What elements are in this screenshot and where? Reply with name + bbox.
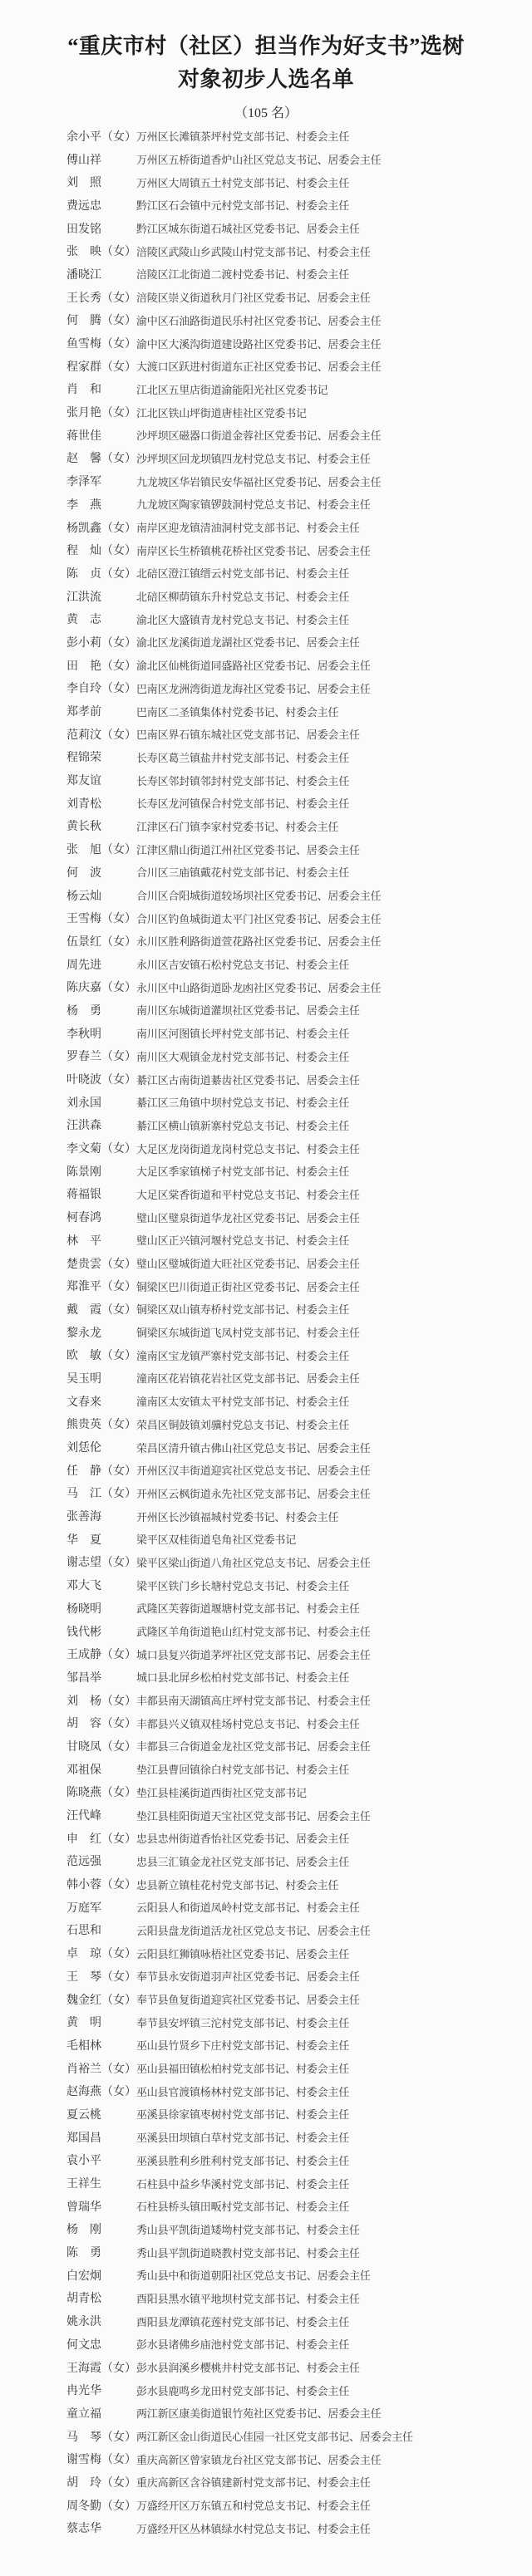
person-position: 秀山县中和街道朝阳社区党总支书记、居委会主任 — [136, 2267, 532, 2283]
person-position: 大足区龙岗街道龙岗村党总支书记、村委会主任 — [136, 1141, 532, 1156]
person-name: 王 琴（女） — [66, 1968, 136, 1985]
person-name: 魏金红（女） — [66, 1991, 136, 2008]
person-name: 汪洪森 — [66, 1116, 136, 1133]
person-position: 彭水县润溪乡樱桃井村党支部书记、村委会主任 — [136, 2359, 532, 2375]
person-name: 曾瑞华 — [66, 2198, 136, 2215]
person-name: 张月艳（女） — [66, 404, 136, 420]
list-item: 邹昌举 城口县北屏乡松柏村党支部书记、村委会主任 — [0, 1666, 532, 1689]
list-item: 刘青松 长寿区龙河镇保合村党支部书记、村委会主任 — [0, 792, 532, 815]
person-position: 长寿区葛兰镇盐井村党支部书记、村委会主任 — [136, 749, 532, 765]
person-position: 丰都县南天湖镇高庄坪村党支部书记、村委会主任 — [136, 1692, 532, 1708]
person-name: 黄长秋 — [66, 817, 136, 834]
person-name: 华 夏 — [66, 1531, 136, 1548]
person-name: 赵海燕（女） — [66, 2083, 136, 2099]
person-position: 万盛经开区万东镇五和村党总支书记、村委会主任 — [136, 2497, 532, 2513]
person-name: 汪代峰 — [66, 1807, 136, 1823]
list-item: 王长秀（女） 涪陵区崇义街道秋月门社区党委书记、居委会主任 — [0, 286, 532, 309]
document: “重庆市村（社区）担当作为好支书”选树 对象初步人选名单 （105 名） 余小平… — [0, 0, 532, 2539]
person-position: 綦江区三角镇中坝村党总支书记、村委会主任 — [136, 1094, 532, 1110]
person-name: 蒋世佳 — [66, 427, 136, 444]
list-item: 李自玲（女） 巴南区龙洲湾街道龙海社区党委书记、居委会主任 — [0, 677, 532, 700]
list-item: 蔡志华 万盛经开区丛林镇绿水村党总支书记、村委会主任 — [0, 2517, 532, 2540]
person-name: 张善海 — [66, 1508, 136, 1524]
list-item: 黄 志 渝北区大盛镇青龙村党总支书记、村委会主任 — [0, 607, 532, 631]
person-name: 蒋福银 — [66, 1185, 136, 1202]
person-name: 潘晓江 — [66, 266, 136, 282]
list-item: 华 夏 梁平区双桂街道皂角社区党委书记 — [0, 1528, 532, 1551]
person-position: 江津区鼎山街道江州社区党委书记、居委会主任 — [136, 841, 532, 857]
person-name: 李泽军 — [66, 473, 136, 489]
person-name: 马 琴（女） — [66, 2428, 136, 2445]
person-name: 陈庆嘉（女） — [66, 979, 136, 995]
list-item: 吴玉明 潼南区花岩镇花岩社区党支部书记、居委会主任 — [0, 1367, 532, 1390]
person-position: 垫江县桂溪街道西街社区党支部书记 — [136, 1784, 532, 1800]
person-position: 合川区三庙镇戴花村党支部书记、村委会主任 — [136, 864, 532, 880]
list-item: 柯春鸿 璧山区璧泉街道华龙社区党委书记、居委会主任 — [0, 1205, 532, 1229]
person-name: 万庭军 — [66, 1899, 136, 1916]
person-position: 巴南区龙洲湾街道龙海社区党委书记、居委会主任 — [136, 680, 532, 696]
list-item: 谢志望（女） 梁平区梁山街道八角社区党总支书记、居委会主任 — [0, 1551, 532, 1574]
person-name: 程 灿（女） — [66, 542, 136, 558]
list-item: 赵海燕（女） 巫山县官渡镇杨林村党支部书记、村委会主任 — [0, 2079, 532, 2103]
person-position: 长寿区龙河镇保合村党支部书记、村委会主任 — [136, 795, 532, 811]
person-name: 刘恁伦 — [66, 1439, 136, 1455]
list-item: 肖裕兰（女） 巫山县福田镇松柏村党支部书记、村委会主任 — [0, 2057, 532, 2080]
list-item: 魏金红（女） 奉节县鱼复街道迎宾社区党委书记、居委会主任 — [0, 1988, 532, 2011]
person-name: 毛相林 — [66, 2037, 136, 2053]
person-position: 北碚区柳荫镇东升村党总支书记、村委会主任 — [136, 588, 532, 604]
list-item: 范远强 忠县三汇镇金龙社区党支部书记、居委会主任 — [0, 1850, 532, 1873]
list-item: 杨凯鑫（女） 南岸区迎龙镇清油洞村党支部书记、村委会主任 — [0, 516, 532, 539]
list-item: 胡青松 酉阳县黑水镇平地坝村党支部书记、村委会主任 — [0, 2287, 532, 2310]
person-position: 潼南区宝龙镇严寨村党支部书记、村委会主任 — [136, 1347, 532, 1363]
person-name: 范莉汶（女） — [66, 726, 136, 743]
person-position: 重庆高新区曾家镇龙台社区党支部书记、居委会主任 — [136, 2451, 532, 2467]
person-position: 城口县复兴街道茅坪社区党支部书记、居委会主任 — [136, 1646, 532, 1662]
person-name: 王雪梅（女） — [66, 910, 136, 926]
person-name: 王成静（女） — [66, 1646, 136, 1662]
person-name: 肖裕兰（女） — [66, 2060, 136, 2077]
person-position: 大渡口区跃进村街道东正社区党委书记、居委会主任 — [136, 358, 532, 374]
list-item: 姚永洪 酉阳县龙潭镇花莲村党支部书记、村委会主任 — [0, 2309, 532, 2333]
list-item: 马 江（女） 开州区云枫街道永先社区党支部书记、居委会主任 — [0, 1482, 532, 1505]
person-position: 两江新区康美街道银竹苑社区党委书记、居委会主任 — [136, 2405, 532, 2421]
person-position: 开州区汉丰街道迎宾社区党总支书记、居委会主任 — [136, 1462, 532, 1478]
list-item: 夏云桃 巫溪县徐家镇枣树村党支部书记、村委会主任 — [0, 2103, 532, 2126]
list-item: 钱代彬 武隆区羊角街道艳山红村党支部书记、村委会主任 — [0, 1620, 532, 1643]
list-item: 刘恁伦 荣昌区清升镇古佛山社区党总支书记、居委会主任 — [0, 1435, 532, 1459]
person-position: 石柱县桥头镇田畈村党支部书记、村委会主任 — [136, 2198, 532, 2214]
person-position: 武隆区芙蓉街道堰塘村党支部书记、村委会主任 — [136, 1600, 532, 1616]
list-item: 郑友谊 长寿区邻封镇邻封村党支部书记、村委会主任 — [0, 768, 532, 792]
person-name: 李 燕 — [66, 496, 136, 513]
list-item: 黄长秋 江津区石门镇李家村党委书记、村委会主任 — [0, 815, 532, 838]
person-name: 戴 霞（女） — [66, 1301, 136, 1317]
person-position: 南岸区迎龙镇清油洞村党支部书记、村委会主任 — [136, 519, 532, 535]
list-item: 胡 容（女） 丰都县兴义镇双桂场村党总支书记、村委会主任 — [0, 1711, 532, 1735]
title-line-1: “重庆市村（社区）担当作为好支书”选树 — [17, 30, 515, 63]
list-item: 杨晓明 武隆区芙蓉街道堰塘村党支部书记、村委会主任 — [0, 1597, 532, 1620]
person-name: 何 腾（女） — [66, 312, 136, 328]
list-item: 王成静（女） 城口县复兴街道茅坪社区党支部书记、居委会主任 — [0, 1642, 532, 1666]
list-item: 王 琴（女） 奉节县永安街道羽声社区党委书记、居委会主任 — [0, 1965, 532, 1988]
list-item: 申 红（女） 忠县忠州街道香怡社区党委书记、居委会主任 — [0, 1827, 532, 1850]
list-item: 李文菊（女） 大足区龙岗街道龙岗村党总支书记、村委会主任 — [0, 1136, 532, 1160]
person-position: 江津区石门镇李家村党委书记、村委会主任 — [136, 818, 532, 834]
person-name: 欧 敏（女） — [66, 1347, 136, 1363]
list-item: 王祥生 石柱县中益乡华溪村党支部书记、村委会主任 — [0, 2171, 532, 2195]
person-position: 酉阳县黑水镇平地坝村党支部书记、村委会主任 — [136, 2290, 532, 2306]
person-position: 开州区云枫街道永先社区党支部书记、居委会主任 — [136, 1485, 532, 1501]
person-position: 北碚区澄江镇缙云村党支部书记、村委会主任 — [136, 565, 532, 581]
person-name: 姚永洪 — [66, 2313, 136, 2329]
person-position: 重庆高新区含谷镇建新村党支部书记、村委会主任 — [136, 2474, 532, 2490]
person-name: 周先进 — [66, 956, 136, 973]
person-name: 童立福 — [66, 2405, 136, 2421]
person-name: 白宏炯 — [66, 2267, 136, 2284]
person-name: 谢志望（女） — [66, 1553, 136, 1570]
list-item: 李泽军 九龙坡区华岩镇民安华福社区党委书记、居委会主任 — [0, 469, 532, 493]
person-position: 云阳县盘龙街道活龙社区党总支书记、居委会主任 — [136, 1922, 532, 1938]
person-position: 丰都县三合街道金龙社区党支部书记、居委会主任 — [136, 1738, 532, 1754]
list-item: 李 燕 九龙坡区陶家镇锣鼓洞村党总支书记、村委会主任 — [0, 493, 532, 516]
list-item: 陈景刚 大足区季家镇梯子村党支部书记、村委会主任 — [0, 1160, 532, 1183]
person-position: 彭水县鹿鸣乡龙田村党支部书记、村委会主任 — [136, 2382, 532, 2398]
list-item: 文春来 潼南区太安镇太平村党支部书记、村委会主任 — [0, 1390, 532, 1413]
person-position: 巫溪县胜利乡胜利村党支部书记、村委会主任 — [136, 2152, 532, 2168]
person-position: 忠县三汇镇金龙社区党支部书记、居委会主任 — [136, 1853, 532, 1869]
person-position: 合川区钓鱼城街道太平门社区党委书记、居委会主任 — [136, 910, 532, 926]
person-name: 刘 照 — [66, 174, 136, 190]
person-position: 奉节县安坪镇三沱村党支部书记、村委会主任 — [136, 2014, 532, 2030]
person-name: 赵 馨（女） — [66, 449, 136, 466]
person-name: 郑友谊 — [66, 772, 136, 788]
list-item: 范莉汶（女） 巴南区界石镇东城社区党支部书记、居委会主任 — [0, 723, 532, 746]
list-item: 陈 勇 秀山县平凯街道晓教村党支部书记、村委会主任 — [0, 2240, 532, 2264]
list-item: 卓 琼（女） 云阳县红狮镇咏梧社区党委书记、居委会主任 — [0, 1941, 532, 1965]
list-item: 陈庆嘉（女） 永川区中山路街道卧龙凼社区党委书记、居委会主任 — [0, 975, 532, 999]
person-name: 陈景刚 — [66, 1163, 136, 1180]
person-position: 巫山县福田镇松柏村党支部书记、村委会主任 — [136, 2060, 532, 2076]
person-position: 铜梁区东城街道飞凤村党支部书记、村委会主任 — [136, 1324, 532, 1340]
person-name: 何 波 — [66, 864, 136, 881]
person-name: 叶晓波（女） — [66, 1071, 136, 1087]
list-item: 邓祖保 垫江县曹回镇徐白村党支部书记、村委会主任 — [0, 1758, 532, 1781]
person-name: 郑国昌 — [66, 2129, 136, 2146]
person-position: 忠县新立镇桂花村党支部书记、村委会主任 — [136, 1877, 532, 1892]
person-position: 合川区合阳城街道较场坝社区党委书记、居委会主任 — [136, 887, 532, 903]
person-name: 邓祖保 — [66, 1761, 136, 1778]
list-item: 熊贵英（女） 荣昌区铜鼓镇刘骥村党总支书记、村委会主任 — [0, 1413, 532, 1436]
person-position: 万州区大周镇五土村党支部书记、村委会主任 — [136, 174, 532, 190]
list-item: 任 静（女） 开州区汉丰街道迎宾社区党总支书记、居委会主任 — [0, 1459, 532, 1482]
list-item: 胡 玲（女） 重庆高新区含谷镇建新村党支部书记、村委会主任 — [0, 2471, 532, 2494]
person-name: 熊贵英（女） — [66, 1416, 136, 1432]
list-item: 袁小平 巫溪县胜利乡胜利村党支部书记、村委会主任 — [0, 2149, 532, 2172]
person-position: 涪陵区崇义街道秋月门社区党委书记、居委会主任 — [136, 289, 532, 305]
list-item: 毛相林 巫山县竹贤乡下庄村党支部书记、村委会主任 — [0, 2034, 532, 2057]
person-position: 巫溪县田坝镇白草村党支部书记、村委会主任 — [136, 2129, 532, 2145]
person-name: 肖 和 — [66, 380, 136, 397]
list-item: 何 波 合川区三庙镇戴花村党支部书记、村委会主任 — [0, 861, 532, 884]
page-title: “重庆市村（社区）担当作为好支书”选树 对象初步人选名单 — [17, 0, 515, 96]
list-item: 叶晓波（女） 綦江区古南街道綦齿社区党委书记、居委会主任 — [0, 1067, 532, 1091]
person-position: 秀山县平凯街道矮坳村党支部书记、村委会主任 — [136, 2221, 532, 2237]
person-name: 文春来 — [66, 1393, 136, 1410]
person-name: 胡 容（女） — [66, 1715, 136, 1731]
list-item: 汪代峰 垫江县桂阳街道天宝社区党支部书记、居委会主任 — [0, 1803, 532, 1827]
person-position: 璧山区正兴镇河堰村党总支书记、村委会主任 — [136, 1232, 532, 1248]
person-position: 南川区河图镇长坪村党支部书记、村委会主任 — [136, 1025, 532, 1041]
list-item: 黄 明 奉节县安坪镇三沱村党支部书记、村委会主任 — [0, 2010, 532, 2034]
person-name: 王长秀（女） — [66, 289, 136, 306]
person-position: 梁平区铁门乡长塘村党总支书记、村委会主任 — [136, 1577, 532, 1593]
person-name: 袁小平 — [66, 2152, 136, 2168]
person-position: 奉节县永安街道羽声社区党委书记、居委会主任 — [136, 1968, 532, 1984]
person-position: 永川区中山路街道卧龙凼社区党委书记、居委会主任 — [136, 979, 532, 995]
list-item: 潘晓江 涪陵区江北街道二渡村党委书记、村委会主任 — [0, 263, 532, 286]
person-name: 何文忠 — [66, 2336, 136, 2353]
person-name: 刘青松 — [66, 795, 136, 812]
person-position: 巴南区界石镇东城社区党支部书记、居委会主任 — [136, 726, 532, 742]
list-item: 陈 贞（女） 北碚区澄江镇缙云村党支部书记、村委会主任 — [0, 562, 532, 585]
candidate-list: 余小平（女） 万州区长滩镇茶坪村党支部书记、村委会主任 傅山祥 万州区五桥街道香… — [0, 125, 532, 2539]
title-line-2: 对象初步人选名单 — [17, 63, 515, 96]
list-item: 周先进 永川区吉安镇石松村党总支书记、村委会主任 — [0, 953, 532, 976]
person-name: 黄 志 — [66, 611, 136, 627]
person-position: 长寿区邻封镇邻封村党支部书记、村委会主任 — [136, 773, 532, 788]
person-position: 璧山区璧城街道大旺社区党委书记、居委会主任 — [136, 1255, 532, 1271]
person-name: 王海霞（女） — [66, 2359, 136, 2376]
person-position: 南川区东城街道灌坝社区党委书记、居委会主任 — [136, 1002, 532, 1018]
list-item: 谢雪梅（女） 重庆高新区曾家镇龙台社区党支部书记、居委会主任 — [0, 2447, 532, 2471]
person-position: 永川区吉安镇石松村党总支书记、村委会主任 — [136, 956, 532, 972]
person-name: 罗春兰（女） — [66, 1048, 136, 1064]
list-item: 彭小莉（女） 渝北区龙溪街道龙湖社区党委书记、居委会主任 — [0, 631, 532, 654]
list-item: 费远忠 黔江区石会镇中元村党支部书记、村委会主任 — [0, 194, 532, 217]
list-item: 黎永龙 铜梁区东城街道飞凤村党支部书记、村委会主任 — [0, 1321, 532, 1344]
person-position: 南川区大观镇金龙村党支部书记、村委会主任 — [136, 1048, 532, 1064]
person-position: 沙坪坝区回龙坝镇四龙村党总支书记、村委会主任 — [136, 450, 532, 466]
person-name: 田 艳（女） — [66, 657, 136, 674]
person-name: 田发铭 — [66, 220, 136, 237]
person-position: 万州区长滩镇茶坪村党支部书记、村委会主任 — [136, 128, 532, 144]
person-name: 张 旭（女） — [66, 841, 136, 857]
person-name: 卓 琼（女） — [66, 1945, 136, 1961]
person-name: 李自玲（女） — [66, 680, 136, 696]
person-name: 邹昌举 — [66, 1669, 136, 1685]
list-item: 林 平 璧山区正兴镇河堰村党总支书记、村委会主任 — [0, 1229, 532, 1252]
person-position: 巴南区二圣镇集体村党委书记、村委会主任 — [136, 704, 532, 719]
list-item: 戴 霞（女） 铜梁区双山镇寿桥村党支部书记、村委会主任 — [0, 1298, 532, 1321]
list-item: 刘 照 万州区大周镇五土村党支部书记、村委会主任 — [0, 170, 532, 194]
person-position: 江北区铁山坪街道唐桂社区党委书记 — [136, 405, 532, 420]
person-position: 两江新区金山街道民心佳园一社区党支部书记、居委会主任 — [136, 2428, 532, 2444]
list-item: 白宏炯 秀山县中和街道朝阳社区党总支书记、居委会主任 — [0, 2264, 532, 2287]
person-position: 荣昌区清升镇古佛山社区党总支书记、居委会主任 — [136, 1440, 532, 1455]
person-position: 渝北区仙桃街道同盛路社区党委书记、居委会主任 — [136, 657, 532, 673]
person-position: 丰都县兴义镇双桂场村党总支书记、村委会主任 — [136, 1715, 532, 1731]
list-item: 田发铭 黔江区城东街道石城社区党委书记、居委会主任 — [0, 217, 532, 240]
person-position: 梁平区梁山街道八角社区党总支书记、居委会主任 — [136, 1554, 532, 1570]
person-position: 垫江县桂阳街道天宝社区党支部书记、居委会主任 — [136, 1808, 532, 1823]
list-item: 韩小蓉（女） 忠县新立镇桂花村党支部书记、村委会主任 — [0, 1872, 532, 1896]
list-item: 欧 敏（女） 潼南区宝龙镇严寨村党支部书记、村委会主任 — [0, 1343, 532, 1367]
list-item: 郑国昌 巫溪县田坝镇白草村党支部书记、村委会主任 — [0, 2126, 532, 2149]
person-position: 云阳县人和街道凤岭村党支部书记、村委会主任 — [136, 1899, 532, 1915]
person-position: 铜梁区巴川街道正街社区党委书记、居委会主任 — [136, 1278, 532, 1294]
person-position: 涪陵区江北街道二渡村党委书记、村委会主任 — [136, 266, 532, 282]
list-item: 蒋福银 大足区棠香街道和平村党总支书记、村委会主任 — [0, 1183, 532, 1206]
person-position: 南岸区长生桥镇桃花桥社区党委书记、居委会主任 — [136, 542, 532, 558]
person-name: 黄 明 — [66, 2014, 136, 2030]
person-position: 万州区五桥街道香炉山社区党总支书记、居委会主任 — [136, 151, 532, 167]
list-item: 傅山祥 万州区五桥街道香炉山社区党总支书记、居委会主任 — [0, 148, 532, 171]
person-name: 程家群（女） — [66, 358, 136, 375]
person-position: 忠县忠州街道香怡社区党委书记、居委会主任 — [136, 1830, 532, 1846]
list-item: 杨 刚 秀山县平凯街道矮坳村党支部书记、村委会主任 — [0, 2218, 532, 2241]
person-position: 秀山县平凯街道晓教村党支部书记、村委会主任 — [136, 2245, 532, 2260]
person-position: 梁平区双桂街道皂角社区党委书记 — [136, 1531, 532, 1547]
person-position: 綦江区古南街道綦齿社区党委书记、居委会主任 — [136, 1072, 532, 1087]
list-item: 余小平（女） 万州区长滩镇茶坪村党支部书记、村委会主任 — [0, 125, 532, 148]
person-name: 石思和 — [66, 1921, 136, 1938]
person-position: 巫山县官渡镇杨林村党支部书记、村委会主任 — [136, 2083, 532, 2099]
list-item: 汪洪森 綦江区横山镇新寨村党总支书记、村委会主任 — [0, 1114, 532, 1137]
person-position: 大足区棠香街道和平村党总支书记、村委会主任 — [136, 1186, 532, 1202]
person-name: 杨 勇 — [66, 1002, 136, 1018]
person-name: 蔡志华 — [66, 2520, 136, 2536]
list-item: 张月艳（女） 江北区铁山坪街道唐桂社区党委书记 — [0, 400, 532, 424]
person-name: 杨凯鑫（女） — [66, 519, 136, 536]
person-name: 任 静（女） — [66, 1462, 136, 1479]
person-position: 云阳县红狮镇咏梧社区党委书记、居委会主任 — [136, 1945, 532, 1961]
person-position: 奉节县鱼复街道迎宾社区党委书记、居委会主任 — [136, 1991, 532, 2007]
list-item: 程家群（女） 大渡口区跃进村街道东正社区党委书记、居委会主任 — [0, 355, 532, 378]
person-name: 胡 玲（女） — [66, 2474, 136, 2490]
person-name: 谢雪梅（女） — [66, 2451, 136, 2467]
person-name: 费远忠 — [66, 197, 136, 213]
person-position: 渝中区大溪沟街道建设路社区党委书记、居委会主任 — [136, 336, 532, 351]
person-position: 黔江区城东街道石城社区党委书记、居委会主任 — [136, 220, 532, 236]
list-item: 杨云灿 合川区合阳城街道较场坝社区党委书记、居委会主任 — [0, 884, 532, 907]
list-item: 周冬勤（女） 万盛经开区万东镇五和村党总支书记、村委会主任 — [0, 2494, 532, 2517]
person-name: 吴玉明 — [66, 1370, 136, 1386]
person-name: 郑孝前 — [66, 703, 136, 719]
person-position: 渝北区大盛镇青龙村党总支书记、村委会主任 — [136, 611, 532, 627]
list-item: 邓大飞 梁平区铁门乡长塘村党总支书记、村委会主任 — [0, 1573, 532, 1597]
person-name: 钱代彬 — [66, 1623, 136, 1640]
list-item: 郑淮平（女） 铜梁区巴川街道正街社区党委书记、居委会主任 — [0, 1274, 532, 1298]
person-name: 刘 杨（女） — [66, 1692, 136, 1709]
person-position: 綦江区横山镇新寨村党总支书记、村委会主任 — [136, 1117, 532, 1133]
person-name: 陈晓燕（女） — [66, 1784, 136, 1800]
list-item: 肖 和 江北区五里店街道渝能阳光社区党委书记 — [0, 378, 532, 401]
person-name: 陈 贞（女） — [66, 565, 136, 581]
person-name: 傅山祥 — [66, 151, 136, 168]
list-item: 何 腾（女） 渝中区石油路街道民乐村社区党委书记、居委会主任 — [0, 309, 532, 332]
person-name: 范远强 — [66, 1852, 136, 1869]
person-name: 李文菊（女） — [66, 1140, 136, 1156]
person-name: 程锦荣 — [66, 748, 136, 765]
candidate-count-subtitle: （105 名） — [0, 105, 532, 123]
person-position: 大足区季家镇梯子村党支部书记、村委会主任 — [136, 1163, 532, 1179]
person-position: 城口县北屏乡松柏村党支部书记、村委会主任 — [136, 1669, 532, 1685]
list-item: 甘晓凤（女） 丰都县三合街道金龙社区党支部书记、居委会主任 — [0, 1735, 532, 1758]
person-name: 杨 刚 — [66, 2220, 136, 2237]
person-name: 彭小莉（女） — [66, 634, 136, 650]
person-name: 刘永国 — [66, 1094, 136, 1111]
person-name: 申 红（女） — [66, 1830, 136, 1847]
person-name: 韩小蓉（女） — [66, 1876, 136, 1892]
person-name: 周冬勤（女） — [66, 2497, 136, 2514]
person-name: 甘晓凤（女） — [66, 1738, 136, 1754]
list-item: 蒋世佳 沙坪坝区磁器口街道金蓉社区党委书记、居委会主任 — [0, 424, 532, 447]
person-name: 李秋明 — [66, 1025, 136, 1042]
person-name: 柯春鸿 — [66, 1209, 136, 1225]
person-name: 胡青松 — [66, 2289, 136, 2306]
list-item: 程锦荣 长寿区葛兰镇盐井村党支部书记、村委会主任 — [0, 746, 532, 769]
list-item: 李秋明 南川区河图镇长坪村党支部书记、村委会主任 — [0, 1022, 532, 1045]
list-item: 马 琴（女） 两江新区金山街道民心佳园一社区党支部书记、居委会主任 — [0, 2425, 532, 2448]
list-item: 曾瑞华 石柱县桥头镇田畈村党支部书记、村委会主任 — [0, 2195, 532, 2218]
list-item: 王雪梅（女） 合川区钓鱼城街道太平门社区党委书记、居委会主任 — [0, 906, 532, 930]
list-item: 田 艳（女） 渝北区仙桃街道同盛路社区党委书记、居委会主任 — [0, 654, 532, 677]
person-position: 渝中区石油路街道民乐村社区党委书记、居委会主任 — [136, 312, 532, 328]
list-item: 张 旭（女） 江津区鼎山街道江州社区党委书记、居委会主任 — [0, 837, 532, 861]
person-position: 垫江县曹回镇徐白村党支部书记、村委会主任 — [136, 1761, 532, 1777]
person-name: 林 平 — [66, 1232, 136, 1249]
list-item: 鱼雪梅（女） 渝中区大溪沟街道建设路社区党委书记、居委会主任 — [0, 331, 532, 355]
list-item: 冉光华 彭水县鹿鸣乡龙田村党支部书记、村委会主任 — [0, 2378, 532, 2402]
person-position: 江北区五里店街道渝能阳光社区党委书记 — [136, 381, 532, 397]
person-position: 潼南区太安镇太平村党支部书记、村委会主任 — [136, 1393, 532, 1409]
person-name: 余小平（女） — [66, 128, 136, 145]
person-name: 冉光华 — [66, 2382, 136, 2398]
list-item: 王海霞（女） 彭水县润溪乡樱桃井村党支部书记、村委会主任 — [0, 2356, 532, 2379]
person-name: 鱼雪梅（女） — [66, 335, 136, 351]
list-item: 伍景红（女） 永川区胜利路街道萱花路社区党委书记、居委会主任 — [0, 930, 532, 953]
person-position: 璧山区璧泉街道华龙社区党委书记、居委会主任 — [136, 1209, 532, 1225]
list-item: 张 映（女） 涪陵区武陵山乡武陵山村党支部书记、村委会主任 — [0, 239, 532, 263]
person-position: 永川区胜利路街道萱花路社区党委书记、居委会主任 — [136, 933, 532, 949]
person-position: 荣昌区铜鼓镇刘骥村党总支书记、村委会主任 — [136, 1416, 532, 1432]
list-item: 张善海 开州区长沙镇福城村党委书记、村委会主任 — [0, 1504, 532, 1528]
list-item: 万庭军 云阳县人和街道凤岭村党支部书记、村委会主任 — [0, 1896, 532, 1919]
person-position: 彭水县诸佛乡庙池村党支部书记、村委会主任 — [136, 2336, 532, 2352]
person-name: 陈 勇 — [66, 2244, 136, 2260]
person-name: 杨晓明 — [66, 1600, 136, 1617]
person-position: 铜梁区双山镇寿桥村党支部书记、村委会主任 — [136, 1301, 532, 1317]
person-position: 渝北区龙溪街道龙湖社区党委书记、居委会主任 — [136, 634, 532, 650]
person-name: 杨云灿 — [66, 887, 136, 904]
list-item: 杨 勇 南川区东城街道灌坝社区党委书记、居委会主任 — [0, 999, 532, 1022]
person-position: 武隆区羊角街道艳山红村党支部书记、村委会主任 — [136, 1623, 532, 1639]
person-name: 夏云桃 — [66, 2106, 136, 2122]
person-name: 江洪流 — [66, 588, 136, 605]
person-position: 巫溪县徐家镇枣树村党支部书记、村委会主任 — [136, 2106, 532, 2122]
person-name: 马 江（女） — [66, 1484, 136, 1501]
person-position: 沙坪坝区磁器口街道金蓉社区党委书记、居委会主任 — [136, 427, 532, 443]
person-name: 黎永龙 — [66, 1324, 136, 1341]
list-item: 何文忠 彭水县诸佛乡庙池村党支部书记、村委会主任 — [0, 2333, 532, 2356]
person-position: 万盛经开区丛林镇绿水村党总支书记、村委会主任 — [136, 2520, 532, 2536]
person-position: 黔江区石会镇中元村党支部书记、村委会主任 — [136, 197, 532, 213]
person-position: 巫山县竹贤乡下庄村党支部书记、村委会主任 — [136, 2037, 532, 2053]
person-position: 涪陵区武陵山乡武陵山村党支部书记、村委会主任 — [136, 243, 532, 259]
list-item: 童立福 两江新区康美街道银竹苑社区党委书记、居委会主任 — [0, 2402, 532, 2425]
person-position: 酉阳县龙潭镇花莲村党支部书记、村委会主任 — [136, 2313, 532, 2329]
